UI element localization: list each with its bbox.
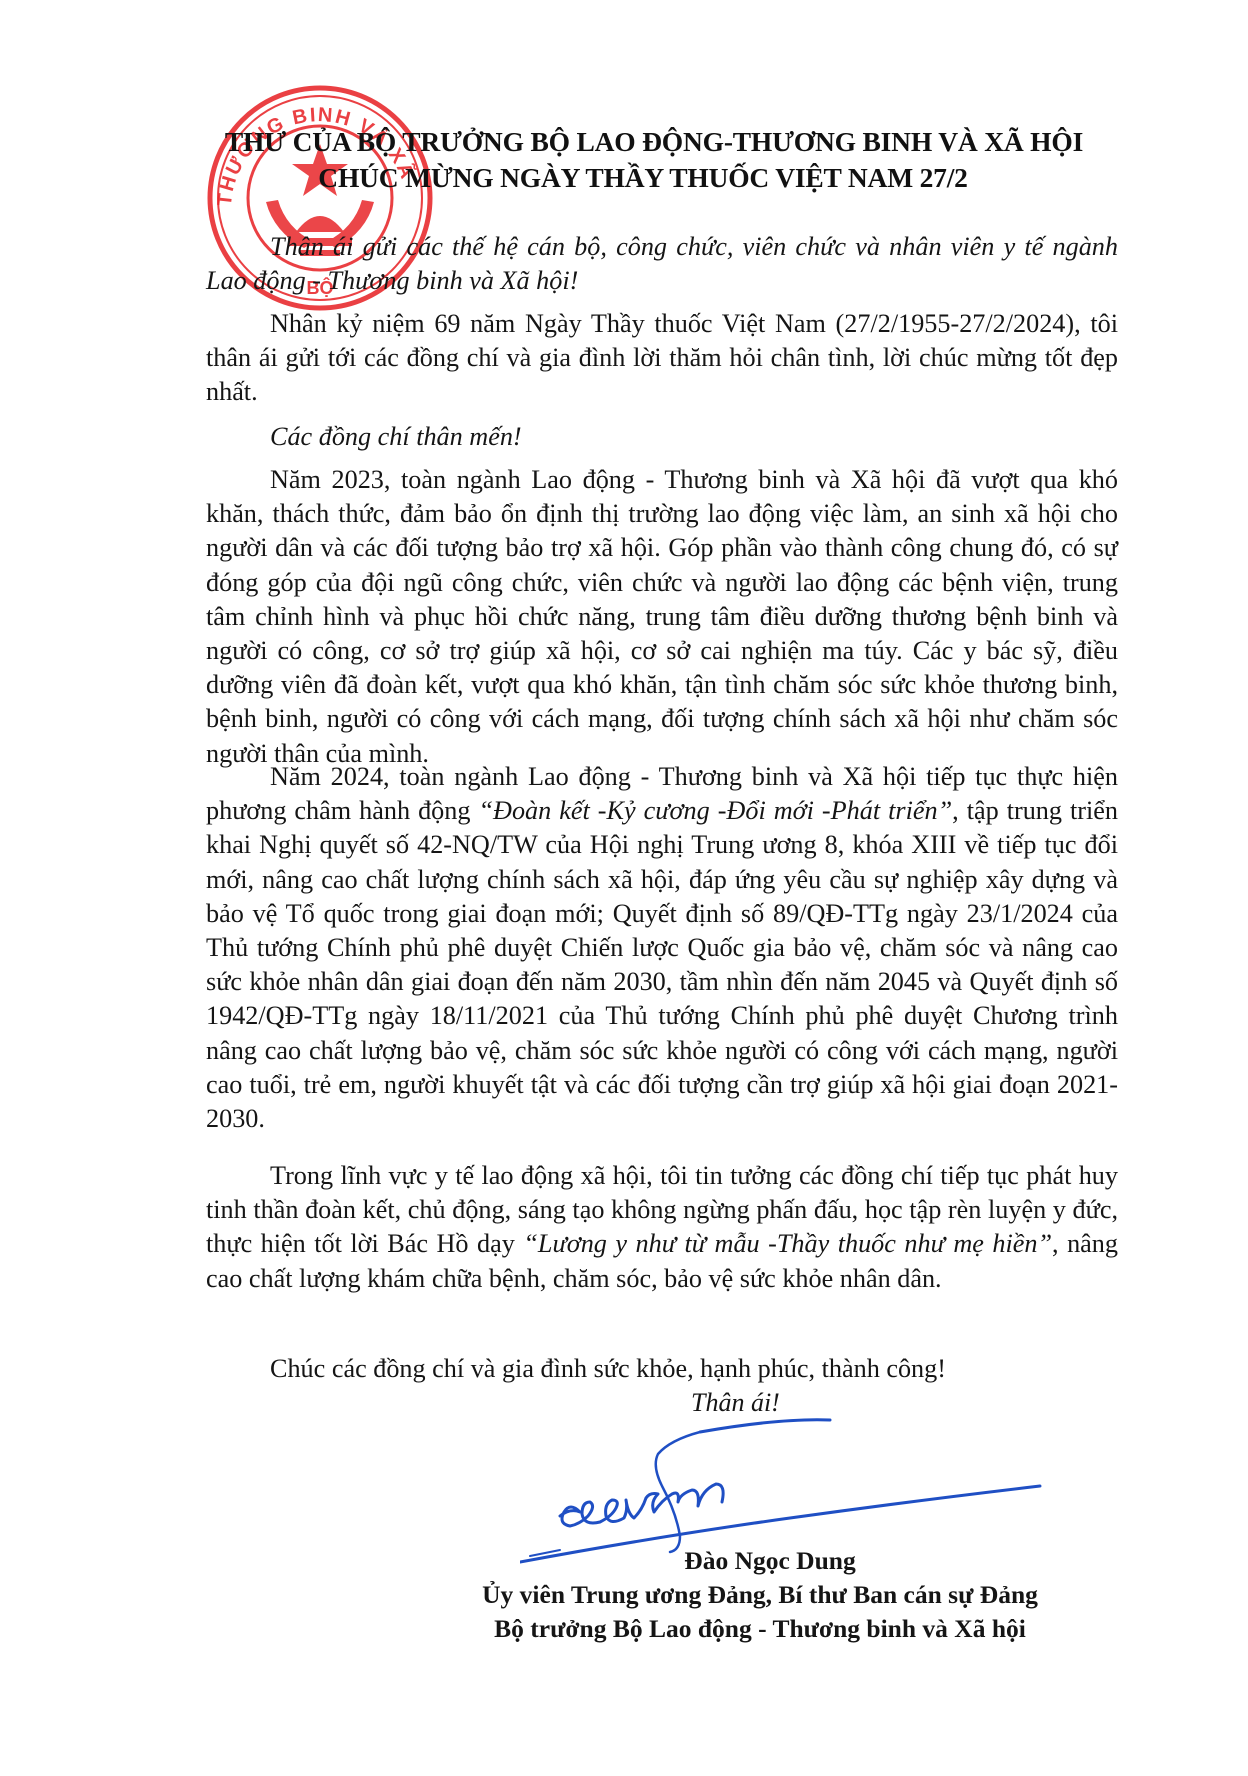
- greeting-text: Thân ái gửi các thế hệ cán bộ, công chức…: [206, 230, 1118, 298]
- paragraph-4: Trong lĩnh vực y tế lao động xã hội, tôi…: [206, 1159, 1118, 1296]
- paragraph-3-text: Năm 2024, toàn ngành Lao động - Thương b…: [206, 760, 1118, 1136]
- letter-page: THƯƠNG BINH VÀ XÃ BỘ THƯ CỦA BỘ TRƯỞNG B…: [0, 0, 1248, 1776]
- signer-title-party: Ủy viên Trung ương Đảng, Bí thư Ban cán …: [430, 1578, 1090, 1612]
- signer-name: Đào Ngọc Dung: [430, 1544, 1090, 1578]
- wishes: Chúc các đồng chí và gia đình sức khỏe, …: [206, 1352, 1118, 1386]
- greeting: Thân ái gửi các thế hệ cán bộ, công chức…: [206, 230, 1118, 298]
- uncle-ho-quote: “Lương y như từ mẫu -Thầy thuốc như mẹ h…: [523, 1229, 1052, 1258]
- paragraph-4-text: Trong lĩnh vực y tế lao động xã hội, tôi…: [206, 1159, 1118, 1296]
- action-motto: “Đoàn kết -Kỷ cương -Đổi mới -Phát triển…: [478, 796, 952, 825]
- paragraph-3-rest: , tập trung triển khai Nghị quyết số 42-…: [206, 796, 1118, 1133]
- signer-title-ministry: Bộ trưởng Bộ Lao động - Thương binh và X…: [430, 1612, 1090, 1646]
- paragraph-2: Năm 2023, toàn ngành Lao động - Thương b…: [206, 463, 1118, 771]
- paragraph-1-text: Nhân kỷ niệm 69 năm Ngày Thầy thuốc Việt…: [206, 307, 1118, 410]
- paragraph-2-text: Năm 2023, toàn ngành Lao động - Thương b…: [206, 463, 1118, 771]
- salutation: Các đồng chí thân mến!: [206, 420, 1118, 454]
- letter-title: THƯ CỦA BỘ TRƯỞNG BỘ LAO ĐỘNG-THƯƠNG BIN…: [60, 124, 1248, 160]
- salutation-text: Các đồng chí thân mến!: [206, 420, 1118, 454]
- paragraph-3: Năm 2024, toàn ngành Lao động - Thương b…: [206, 760, 1118, 1136]
- paragraph-1: Nhân kỷ niệm 69 năm Ngày Thầy thuốc Việt…: [206, 307, 1118, 410]
- letter-subtitle: CHÚC MỪNG NGÀY THẦY THUỐC VIỆT NAM 27/2: [38, 160, 1248, 196]
- signature-block: Đào Ngọc Dung Ủy viên Trung ương Đảng, B…: [430, 1544, 1090, 1646]
- wishes-text: Chúc các đồng chí và gia đình sức khỏe, …: [206, 1352, 1118, 1386]
